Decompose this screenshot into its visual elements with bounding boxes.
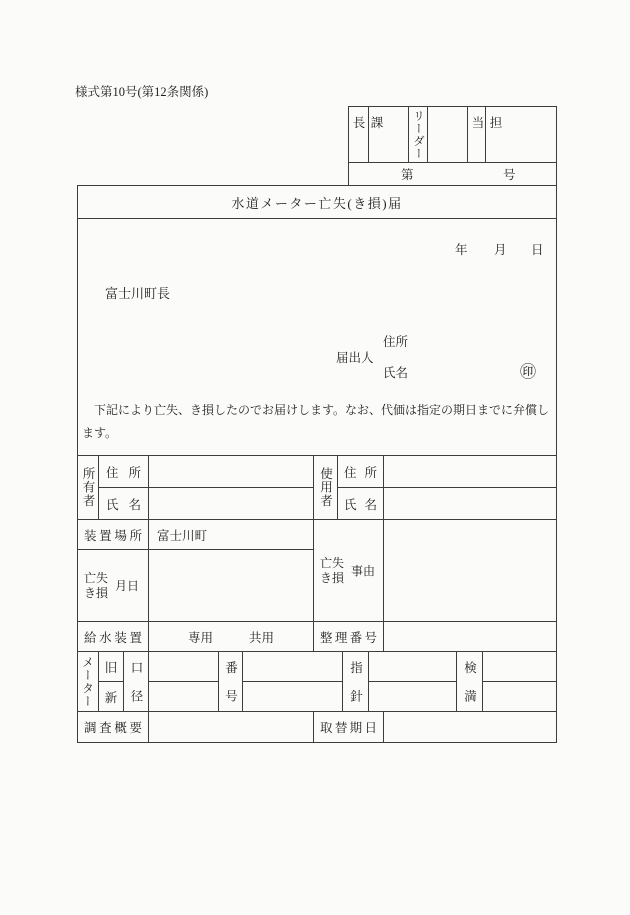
owner-name-value-cell[interactable] (148, 487, 314, 520)
user-section-label: 使用者 (317, 467, 335, 508)
loss-date-value-cell[interactable] (148, 549, 314, 622)
owner-address-label-cell: 住所 (98, 455, 149, 488)
user-name-label-cell: 氏名 (337, 487, 384, 520)
addressee: 富士川町長 (105, 283, 170, 302)
loss-date-label: 月日 (115, 577, 139, 594)
meter-number-new-value-cell[interactable] (242, 681, 343, 712)
approval-tanto-sign-cell[interactable] (485, 106, 557, 163)
owner-address-label: 住所 (99, 463, 148, 481)
meter-old-label: 旧 (105, 658, 118, 676)
declarant-name-label: 氏名 (383, 363, 408, 381)
survey-label: 調査概要 (78, 718, 148, 736)
install-place-label: 装置場所 (78, 526, 148, 544)
ref-number-value-cell[interactable] (383, 621, 557, 652)
loss-reason-label-cell: 亡失 き損 事由 (313, 519, 384, 622)
loss-word-line1: 亡失 (320, 556, 344, 571)
date-year-label: 年 (455, 240, 468, 258)
owner-address-value-cell[interactable] (148, 455, 314, 488)
user-address-label: 住所 (338, 463, 383, 481)
loss-word-line2: き損 (84, 586, 108, 601)
reading-old-value-cell[interactable] (368, 651, 457, 682)
meter-diameter-label: 口径 (127, 661, 145, 718)
body-text: 下記により亡失、き損したのでお届けします。なお、代価は指定の期日までに弁償します… (82, 399, 550, 444)
date-day-label: 日 (531, 240, 544, 258)
user-section-label-cell: 使用者 (313, 455, 338, 520)
meter-inspection-label-cell: 検満 (456, 651, 483, 712)
meter-section-label: メーター (80, 656, 97, 708)
loss-date-label-cell: 亡失 き損 月日 (77, 549, 149, 622)
owner-section-label-cell: 所有者 (77, 455, 99, 520)
supply-exclusive-option[interactable]: 専用 (188, 628, 213, 646)
diameter-new-value-cell[interactable] (148, 681, 219, 712)
meter-old-label-cell: 旧 (98, 651, 124, 682)
supply-type-label: 給水装置 (78, 628, 148, 646)
approval-kacho-sign-cell[interactable] (368, 106, 409, 163)
inspection-old-value-cell[interactable] (482, 651, 557, 682)
approval-leader-label: リーダー (410, 110, 426, 160)
loss-reason-value-cell[interactable] (383, 519, 557, 622)
replace-date-label: 取替期日 (314, 718, 383, 736)
declarant-address-label: 住所 (383, 332, 408, 350)
form-title: 水道メーター亡失(き損)届 (231, 193, 402, 212)
install-place-value: 富士川町 (157, 526, 207, 544)
user-name-value-cell[interactable] (383, 487, 557, 520)
meter-number-label-cell: 番号 (218, 651, 243, 712)
replace-date-value-cell[interactable] (383, 711, 557, 743)
supply-type-options-cell[interactable]: 専用 共用 (148, 621, 314, 652)
approval-kacho-label-cell: 課長 (348, 106, 369, 163)
meter-diameter-label-cell: 口径 (123, 651, 149, 712)
replace-date-label-cell: 取替期日 (313, 711, 384, 743)
doc-number-prefix: 第 (401, 165, 414, 183)
loss-reason-label: 事由 (351, 562, 375, 579)
supply-type-label-cell: 給水装置 (77, 621, 149, 652)
meter-reading-label: 指針 (347, 661, 365, 718)
ref-number-label-cell: 整理番号 (313, 621, 384, 652)
seal-icon: ㊞ (520, 359, 536, 382)
survey-value-cell[interactable] (148, 711, 314, 743)
approval-leader-label-cell: リーダー (408, 106, 428, 163)
meter-new-label-cell: 新 (98, 681, 124, 712)
reading-new-value-cell[interactable] (368, 681, 457, 712)
loss-word-line2: き損 (320, 571, 344, 586)
owner-name-label-cell: 氏名 (98, 487, 149, 520)
doc-number-suffix: 号 (503, 165, 516, 183)
owner-section-label: 所有者 (79, 467, 97, 508)
diameter-old-value-cell[interactable] (148, 651, 219, 682)
declarant-label: 届出人 (336, 348, 374, 366)
owner-name-label: 氏名 (99, 495, 148, 513)
install-place-value-cell[interactable]: 富士川町 (148, 519, 314, 550)
meter-new-label: 新 (105, 688, 118, 706)
supply-shared-option[interactable]: 共用 (249, 628, 274, 646)
meter-number-label: 番号 (222, 661, 240, 718)
meter-reading-label-cell: 指針 (342, 651, 369, 712)
install-place-label-cell: 装置場所 (77, 519, 149, 550)
meter-number-old-value-cell[interactable] (242, 651, 343, 682)
user-name-label: 氏名 (338, 495, 383, 513)
date-month-label: 月 (494, 240, 507, 258)
form-title-cell: 水道メーター亡失(き損)届 (77, 185, 557, 219)
inspection-new-value-cell[interactable] (482, 681, 557, 712)
survey-label-cell: 調査概要 (77, 711, 149, 743)
form-code: 様式第10号(第12条関係) (75, 82, 208, 100)
loss-word-line1: 亡失 (84, 571, 108, 586)
approval-leader-sign-cell[interactable] (427, 106, 468, 163)
form-page: 様式第10号(第12条関係) 課長 リーダー 担当 第 号 水道メーター亡失(き… (0, 0, 630, 915)
doc-number-row[interactable]: 第 号 (348, 162, 557, 186)
approval-tanto-label-cell: 担当 (467, 106, 486, 163)
user-address-label-cell: 住所 (337, 455, 384, 488)
meter-inspection-label: 検満 (461, 661, 479, 718)
ref-number-label: 整理番号 (314, 628, 383, 646)
user-address-value-cell[interactable] (383, 455, 557, 488)
meter-section-label-cell: メーター (77, 651, 99, 712)
